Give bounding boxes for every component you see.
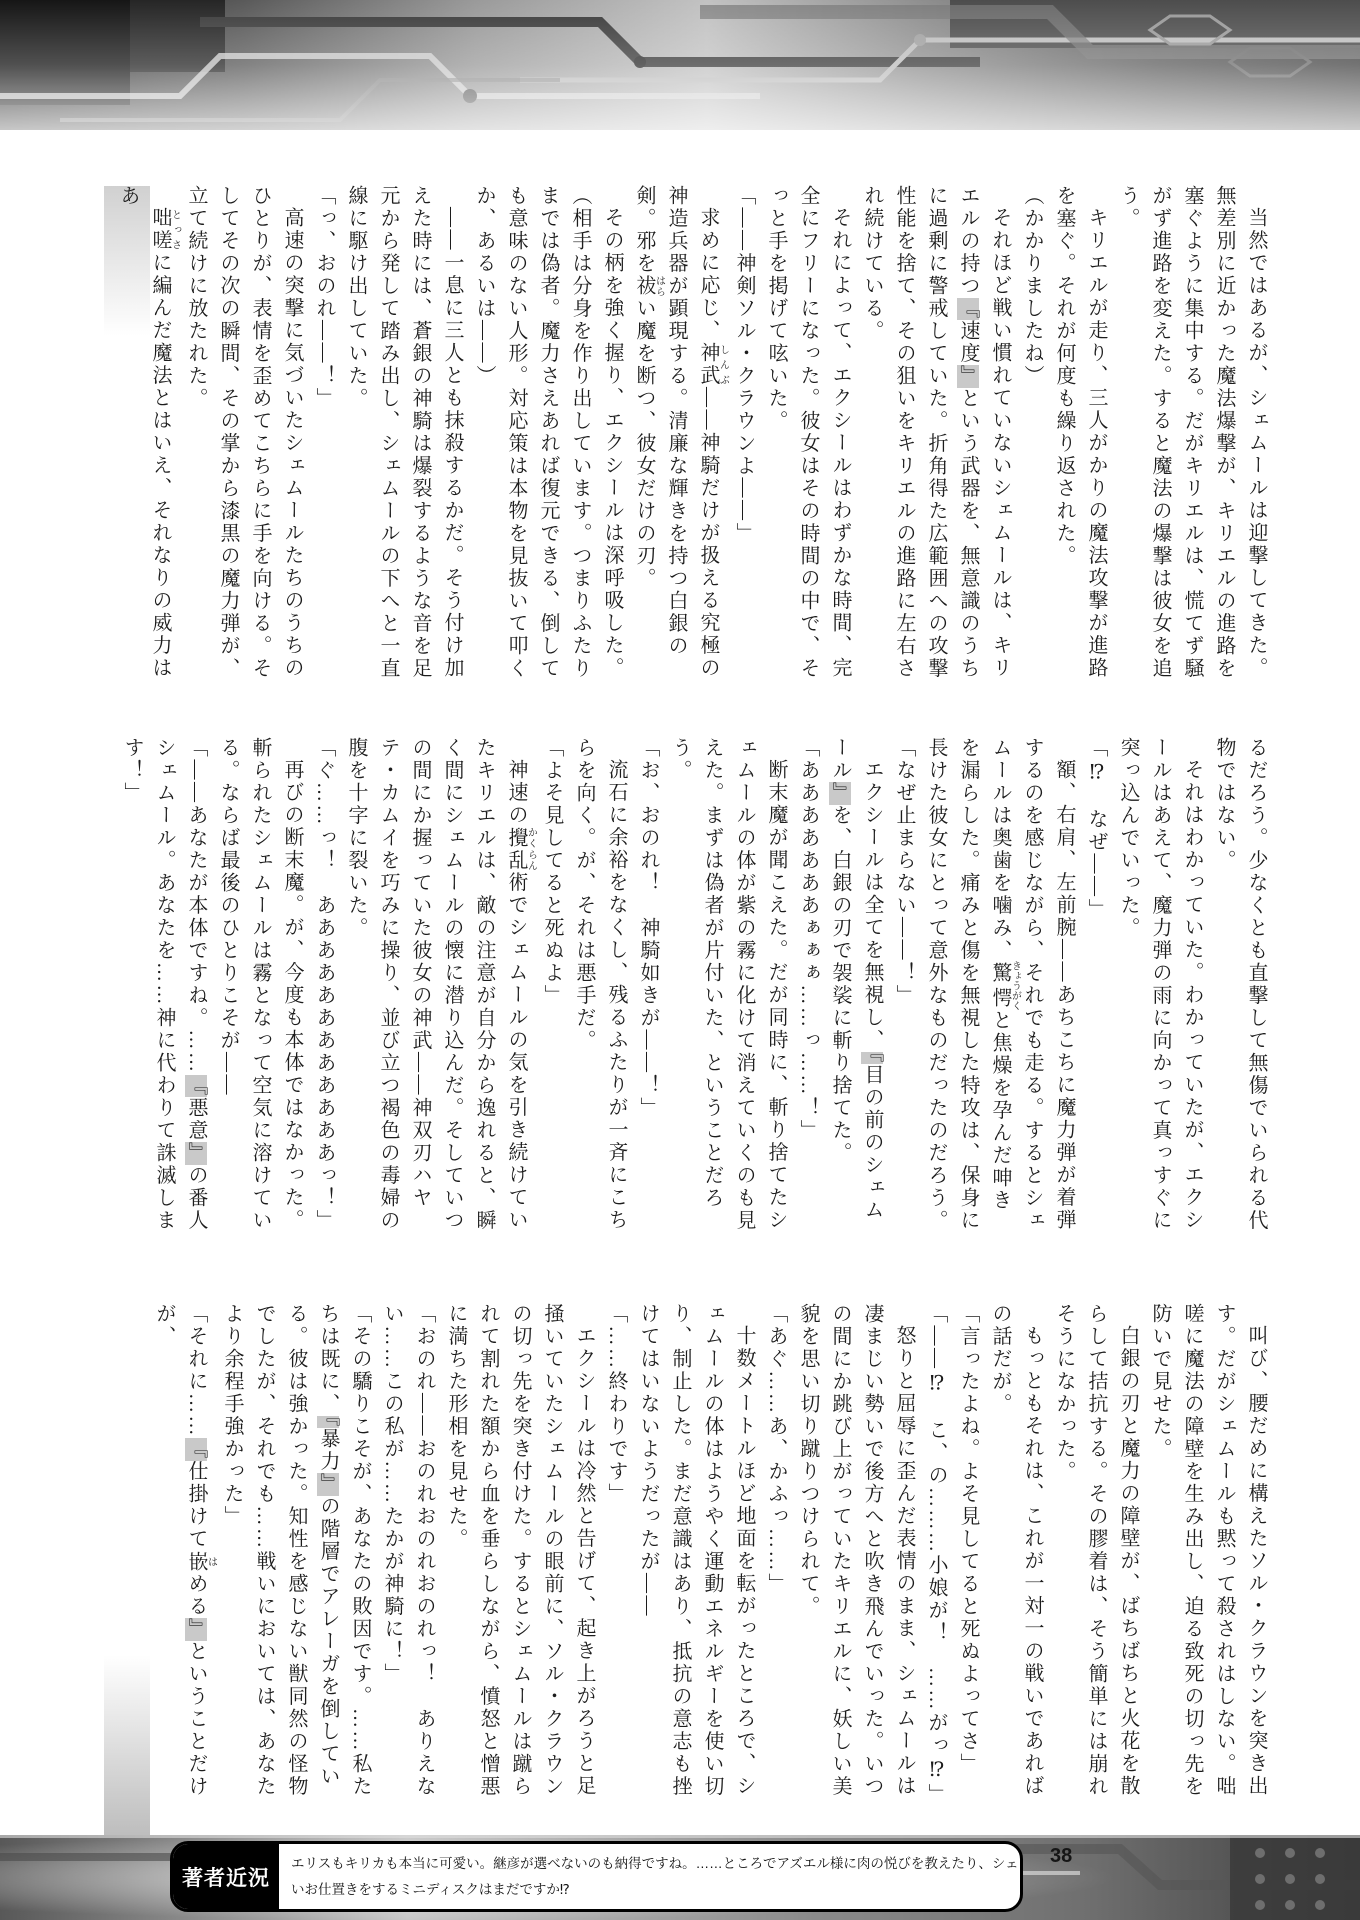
emphasis-bracket: 』 (185, 1142, 207, 1165)
paragraph: それはわかっていた。わかっていたが、エクシールはあえて、魔力弾の雨に向かって真っ… (1112, 737, 1208, 1234)
paragraph: 「――あなたが本体ですね。……『悪意』の番人シェムール。あなたを……神に代わりて… (116, 737, 212, 1234)
paragraph: 「お、おのれ！ 神騎如きが――！」 (632, 737, 664, 1234)
emphasis-bracket: 』 (829, 782, 851, 805)
paragraph: 「おのれ――おのれおのれおのれっ！ ありえない……この私が……たかが神騎に！」 (376, 1303, 440, 1800)
paragraph: 断末魔が聞こえた。だが同時に、斬り捨てたシェムールの体が紫の霧に化けて消えていく… (664, 737, 792, 1234)
emphasis-bracket: 』 (317, 1473, 339, 1496)
paragraph: （かかりましたね） (1016, 185, 1048, 682)
paragraph: エクシールは全てを無視し、『目の前のシェムール』を、白銀の刃で袈裟に斬り捨てた。 (824, 737, 888, 1234)
emphasis-bracket: 』 (957, 365, 979, 388)
paragraph: 「っ、おのれ――！」 (308, 185, 340, 682)
page-number: 38 (1050, 1845, 1072, 1868)
author-news-label: 著者近況 (173, 1844, 279, 1909)
paragraph: 「それに……『仕掛けて嵌はめる』ということだけが、 (148, 1303, 216, 1800)
paragraph: 額、右肩、左前腕――あちこちに魔力弾が着弾するのを感じながら、それでも走る。する… (920, 737, 1080, 1234)
paragraph: 高速の突撃に気づいたシェムールたちのうちのひとりが、表情を歪めてこちらに手を向け… (180, 185, 308, 682)
author-news-comment: エリスもキリカも本当に可愛い。継彦が選べないのも納得ですね。……ところでアズエル… (279, 1844, 1023, 1909)
paragraph: 「――⁉ こ、の………小娘が！ ……がっ⁉」 (920, 1303, 952, 1800)
paragraph: 「言ったよね。よそ見してると死ぬよってさ」 (952, 1303, 984, 1800)
paragraph: 「よそ見してると死ぬよ」 (536, 737, 568, 1234)
paragraph: 「あぐ……あ、かふっ……」 (760, 1303, 792, 1800)
emphasis-bracket: 『 (317, 1416, 339, 1429)
emphasis-bracket: 『 (861, 1052, 883, 1065)
paragraph: 「……終わりです」 (600, 1303, 632, 1800)
paragraph: 「ぐ……っ！ ああああああああああああっ！」 (308, 737, 340, 1234)
paragraph: 「⁉ なぜ――」 (1080, 737, 1112, 1234)
novel-text-block-3: 叫び、腰だめに構えたソル・クラウンを突き出す。だがシェムールも黙って殺されはしな… (186, 1303, 1272, 1800)
paragraph: るだろう。少なくとも直撃して無傷でいられる代物ではない。 (1208, 737, 1272, 1234)
paragraph: 求めに応じ、神武しんぶ――神騎だけが扱える究極の神造兵器が顕現する。清廉な輝きを… (628, 185, 728, 682)
paragraph: 当然ではあるが、シェムールは迎撃してきた。無差別に近かった魔法爆撃が、キリエルの… (1112, 185, 1272, 682)
paragraph: ――一息に三人とも抹殺するかだ。そう付け加えた時には、蒼銀の神騎は爆裂するような… (340, 185, 468, 682)
novel-page: 当然ではあるが、シェムールは迎撃してきた。無差別に近かった魔法爆撃が、キリエルの… (0, 0, 1360, 1920)
author-news-box: 著者近況 エリスもキリカも本当に可愛い。継彦が選べないのも納得ですね。……ところ… (170, 1841, 1023, 1912)
paragraph: 十数メートルほど地面を転がったところで、シェムールの体はようやく運動エネルギーを… (632, 1303, 760, 1800)
paragraph: それほど戦い慣れていないシェムールは、キリエルの持つ『速度』という武器を、無意識… (856, 185, 1016, 682)
circuit-banner-decoration (0, 0, 1360, 185)
paragraph: 咄嗟とっさに編んだ魔法とはいえ、それなりの威力はあ (112, 185, 180, 682)
author-comment-line-2: いお仕置きをするミニディスクはまだですか⁉ (291, 1877, 1023, 1903)
left-edge-texture-bottom (104, 1655, 150, 1835)
paragraph: それによって、エクシールはわずかな時間、完全にフリーになった。彼女はその時間の中… (760, 185, 856, 682)
paragraph: 「――神剣ソル・クラウンよ――」 (728, 185, 760, 682)
paragraph: 「なぜ止まらない――！」 (888, 737, 920, 1234)
emphasis-bracket: 『 (185, 1075, 207, 1098)
emphasis-bracket: 『 (957, 298, 979, 321)
paragraph: その柄を強く握り、エクシールは深呼吸した。 (596, 185, 628, 682)
paragraph: 流石に余裕をなくし、残るふたりが一斉にこちらを向く。が、それは悪手だ。 (568, 737, 632, 1234)
paragraph: エクシールは冷然と告げて、起き上がろうと足掻いていたシェムールの眼前に、ソル・ク… (440, 1303, 600, 1800)
author-comment-line-1: エリスもキリカも本当に可愛い。継彦が選べないのも納得ですね。……ところでアズエル… (291, 1851, 1023, 1877)
paragraph: 「その驕りこそが、あなたの敗因です。……私たちは既に、『暴力』の階層でアレーガを… (216, 1303, 376, 1800)
paragraph: 怒りと屈辱に歪んだ表情のまま、シェムールは凄まじい勢いで後方へと吹き飛んでいった… (792, 1303, 920, 1800)
paragraph: キリエルが走り、三人がかりの魔法攻撃が進路を塞ぐ。それが何度も繰り返された。 (1048, 185, 1112, 682)
paragraph: 叫び、腰だめに構えたソル・クラウンを突き出す。だがシェムールも黙って殺されはしな… (1144, 1303, 1272, 1800)
paragraph: 「あああああああぁぁぁ……っ……！」 (792, 737, 824, 1234)
paragraph: （相手は分身を作り出しています。つまりふたりまでは偽者。魔力さえあれば復元できる… (468, 185, 596, 682)
paragraph: もっともそれは、これが一対一の戦いであればの話だが。 (984, 1303, 1048, 1800)
novel-text-block-1: 当然ではあるが、シェムールは迎撃してきた。無差別に近かった魔法爆撃が、キリエルの… (186, 185, 1272, 682)
paragraph: 白銀の刃と魔力の障壁が、ばちばちと火花を散らして拮抗する。その膠着は、そう簡単に… (1048, 1303, 1144, 1800)
emphasis-bracket: 』 (185, 1618, 207, 1641)
paragraph: 再びの断末魔。が、今度も本体ではなかった。斬られたシェムールは霧となって空気に溶… (212, 737, 308, 1234)
emphasis-bracket: 『 (185, 1438, 207, 1461)
novel-text-block-2: るだろう。少なくとも直撃して無傷でいられる代物ではない。それはわかっていた。わか… (186, 737, 1272, 1234)
paragraph: 神速の攪乱かくらん術でシェムールの気を引き続けていたキリエルは、敵の注意が自分か… (340, 737, 536, 1234)
